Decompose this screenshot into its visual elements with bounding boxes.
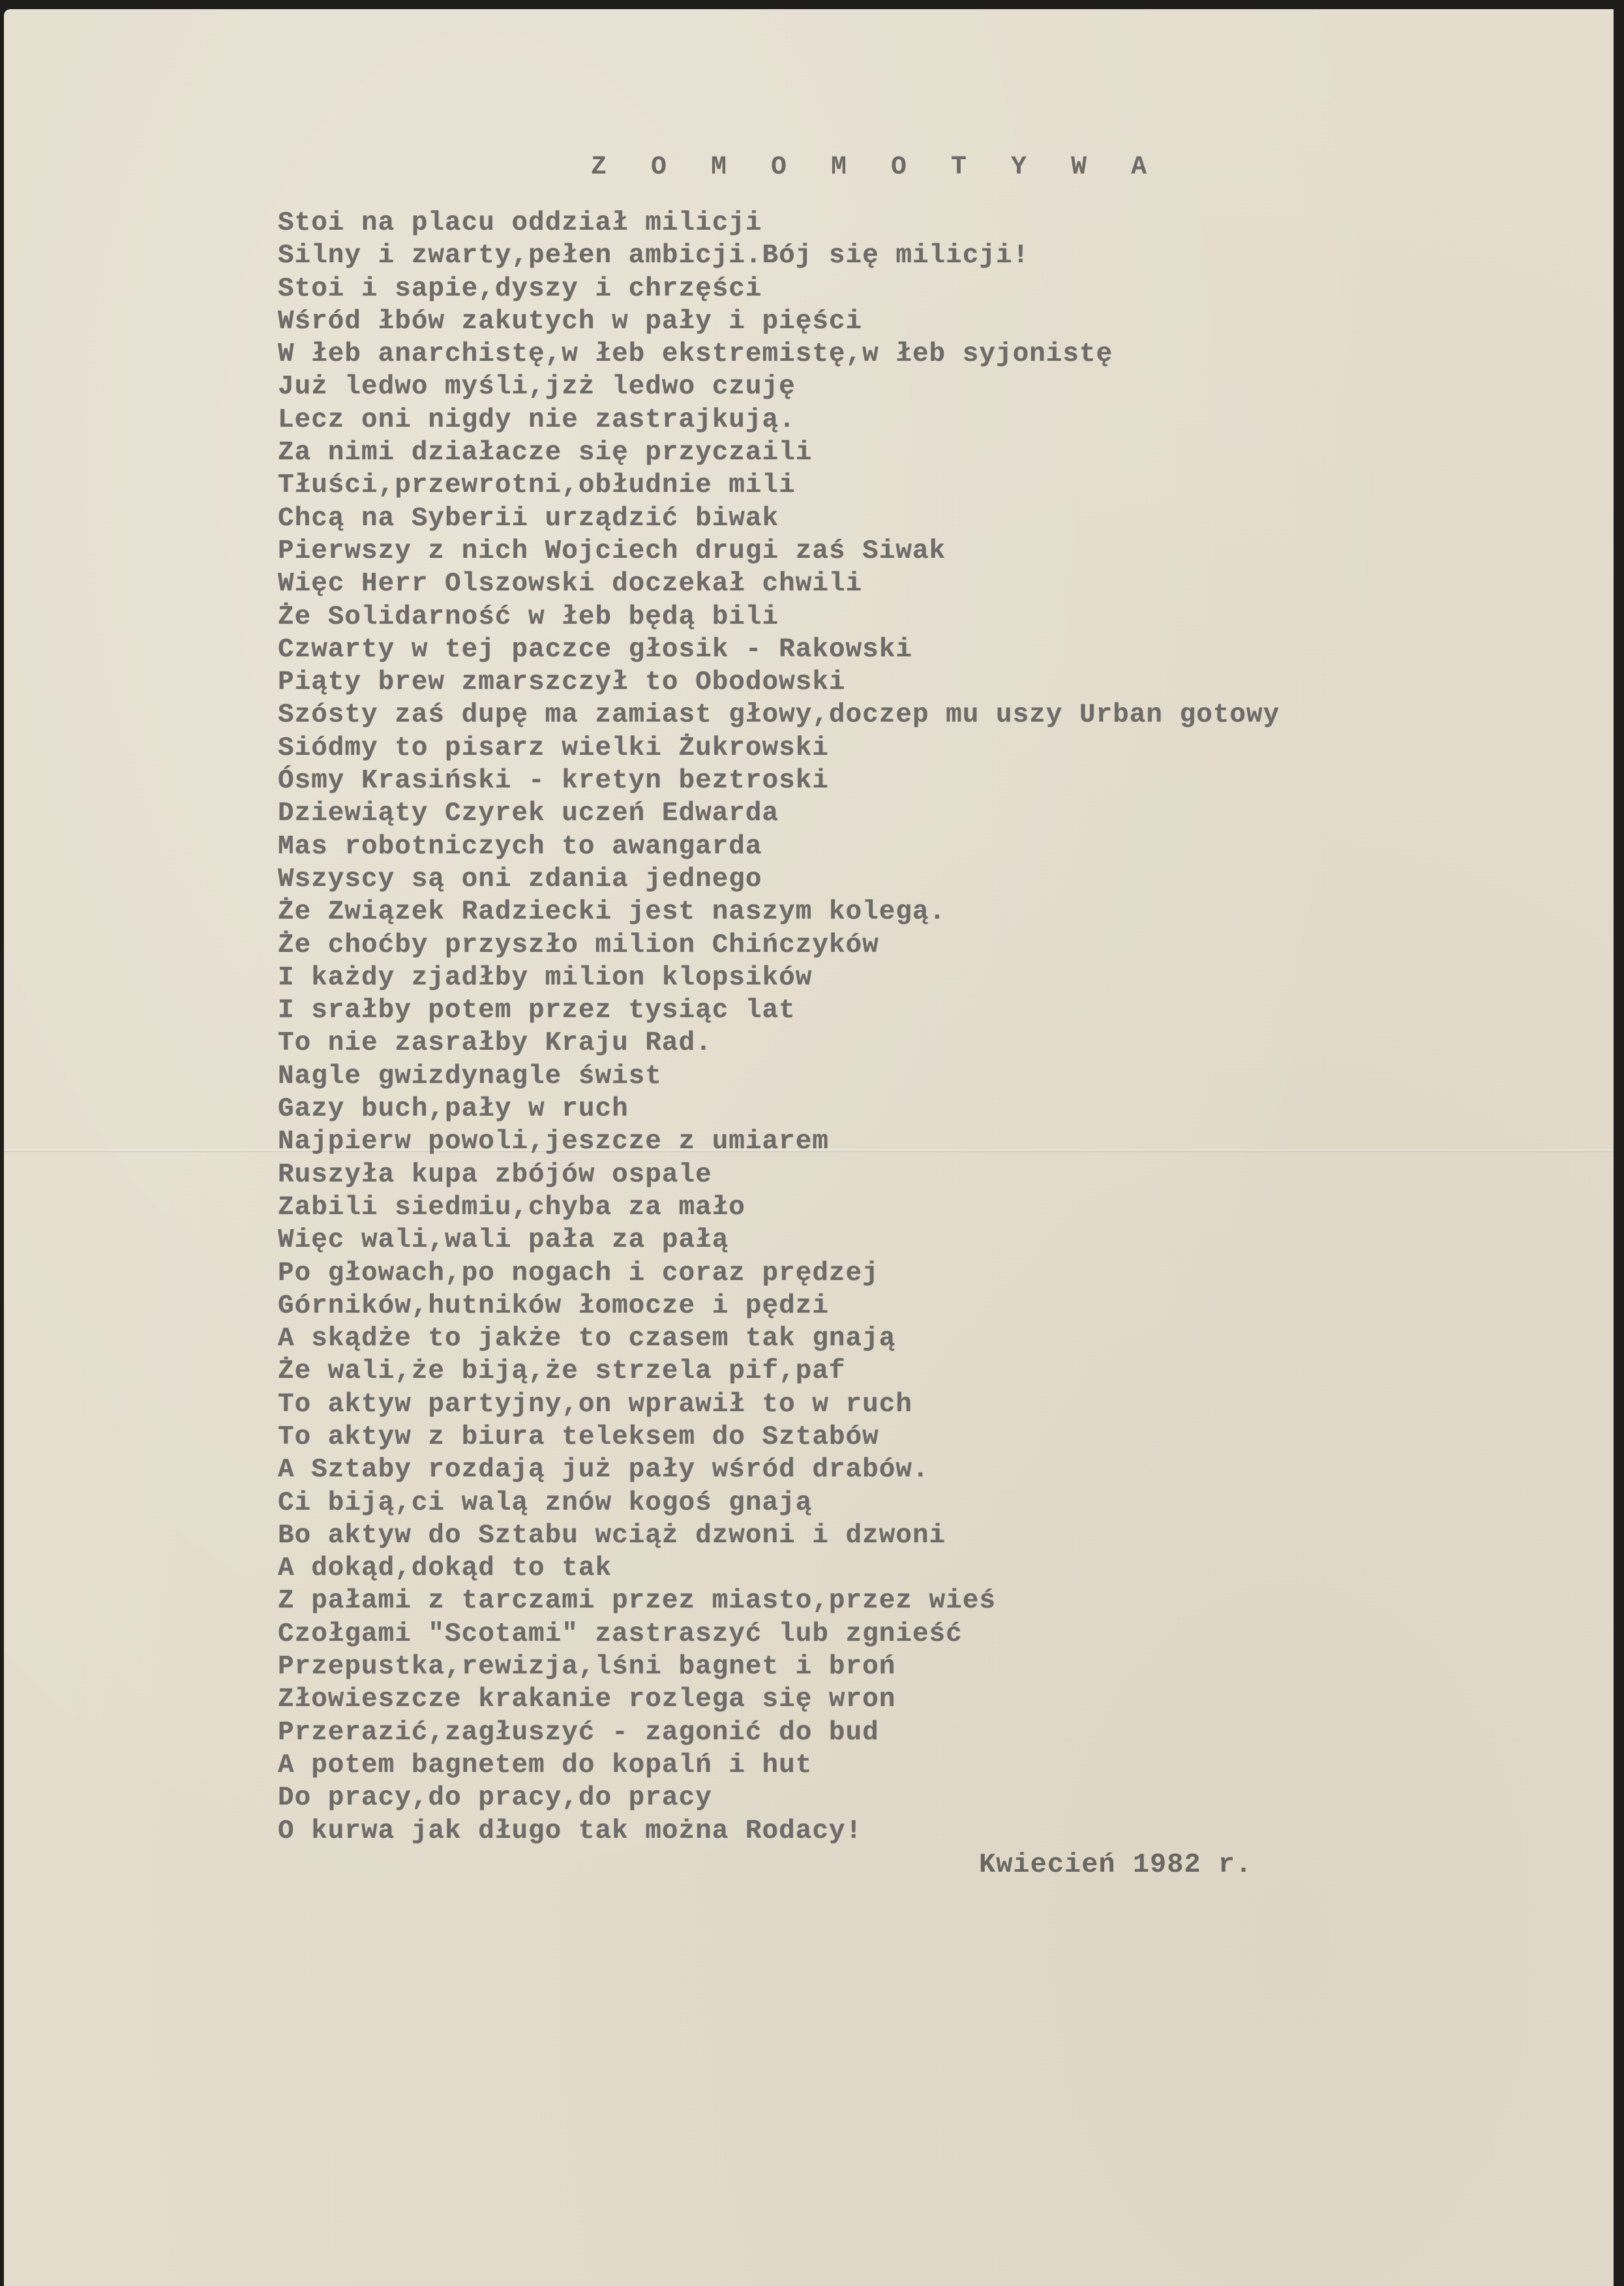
poem-line: Dziewiąty Czyrek uczeń Edwarda	[278, 797, 1280, 830]
poem-line: Stoi i sapie,dyszy i chrzęści	[278, 273, 1280, 305]
poem-line: Że wali,że biją,że strzela pif,paf	[278, 1355, 1280, 1388]
poem-line: A dokąd,dokąd to tak	[278, 1552, 1280, 1585]
poem-line: Bo aktyw do Sztabu wciąż dzwoni i dzwoni	[278, 1519, 1280, 1552]
poem-line: A skądże to jakże to czasem tak gnają	[278, 1322, 1280, 1355]
poem-line: Że choćby przyszło milion Chińczyków	[278, 929, 1280, 962]
poem-line: Zabili siedmiu,chyba za mało	[278, 1191, 1280, 1224]
poem-line: Piąty brew zmarszczył to Obodowski	[278, 666, 1280, 699]
poem-line: Ci biją,ci walą znów kogoś gnają	[278, 1487, 1280, 1519]
poem-line: Ósmy Krasiński - kretyn beztroski	[278, 765, 1280, 797]
poem-line: Już ledwo myśli,jzż ledwo czuję	[278, 371, 1280, 403]
poem-line: To nie zasrałby Kraju Rad.	[278, 1027, 1280, 1059]
poem-line: Po głowach,po nogach i coraz prędzej	[278, 1257, 1280, 1290]
poem-line: Czwarty w tej paczce głosik - Rakowski	[278, 633, 1280, 666]
poem-line: Lecz oni nigdy nie zastrajkują.	[278, 404, 1280, 436]
poem-line: Że Solidarność w łeb będą bili	[278, 601, 1280, 633]
poem-line: Chcą na Syberii urządzić biwak	[278, 502, 1280, 535]
poem-line: Więc Herr Olszowski doczekał chwili	[278, 568, 1280, 600]
poem-line: Przepustka,rewizja,lśni bagnet i broń	[278, 1651, 1280, 1683]
poem-line: Mas robotniczych to awangarda	[278, 831, 1280, 863]
poem-line: Siódmy to pisarz wielki Żukrowski	[278, 732, 1280, 765]
poem-title: Z O M O M O T Y W A	[591, 153, 1161, 182]
poem-line: Szósty zaś dupę ma zamiast głowy,doczep …	[278, 699, 1280, 731]
poem-line: Z pałami z tarczami przez miasto,przez w…	[278, 1585, 1280, 1617]
poem-line: Tłuści,przewrotni,obłudnie mili	[278, 469, 1280, 502]
poem-line: Złowieszcze krakanie rozlega się wron	[278, 1683, 1280, 1716]
poem-line: Pierwszy z nich Wojciech drugi zaś Siwak	[278, 535, 1280, 568]
poem-line: O kurwa jak długo tak można Rodacy!	[278, 1815, 1280, 1848]
poem-line: Że Związek Radziecki jest naszym kolegą.	[278, 896, 1280, 928]
typewritten-page: Z O M O M O T Y W A Stoi na placu oddzia…	[4, 9, 1614, 2286]
poem-line: I srałby potem przez tysiąc lat	[278, 994, 1280, 1027]
poem-line: A potem bagnetem do kopalń i hut	[278, 1749, 1280, 1782]
poem-line: Przerazić,zagłuszyć - zagonić do bud	[278, 1716, 1280, 1749]
poem-body: Stoi na placu oddział milicji Silny i zw…	[278, 207, 1280, 1848]
poem-line: Stoi na placu oddział milicji	[278, 207, 1280, 239]
poem-line: Więc wali,wali pała za pałą	[278, 1224, 1280, 1257]
poem-line: Ruszyła kupa zbójów ospale	[278, 1159, 1280, 1191]
poem-line: Wśród łbów zakutych w pały i pięści	[278, 305, 1280, 338]
poem-line: Najpierw powoli,jeszcze z umiarem	[278, 1125, 1280, 1158]
poem-line: I każdy zjadłby milion klopsików	[278, 962, 1280, 994]
poem-line: Górników,hutników łomocze i pędzi	[278, 1290, 1280, 1322]
poem-line: Nagle gwizdynagle świst	[278, 1060, 1280, 1093]
poem-line: Czołgami "Scotami" zastraszyć lub zgnieś…	[278, 1618, 1280, 1651]
date-signature: Kwiecień 1982 r.	[979, 1849, 1252, 1880]
poem-line: Do pracy,do pracy,do pracy	[278, 1782, 1280, 1814]
poem-line: W łeb anarchistę,w łeb ekstremistę,w łeb…	[278, 338, 1280, 371]
poem-line: To aktyw z biura teleksem do Sztabów	[278, 1421, 1280, 1454]
poem-line: Za nimi działacze się przyczaili	[278, 436, 1280, 469]
poem-line: To aktyw partyjny,on wprawił to w ruch	[278, 1388, 1280, 1421]
poem-line: A Sztaby rozdają już pały wśród drabów.	[278, 1454, 1280, 1486]
poem-line: Gazy buch,pały w ruch	[278, 1093, 1280, 1125]
poem-line: Silny i zwarty,pełen ambicji.Bój się mil…	[278, 239, 1280, 272]
poem-line: Wszyscy są oni zdania jednego	[278, 863, 1280, 896]
